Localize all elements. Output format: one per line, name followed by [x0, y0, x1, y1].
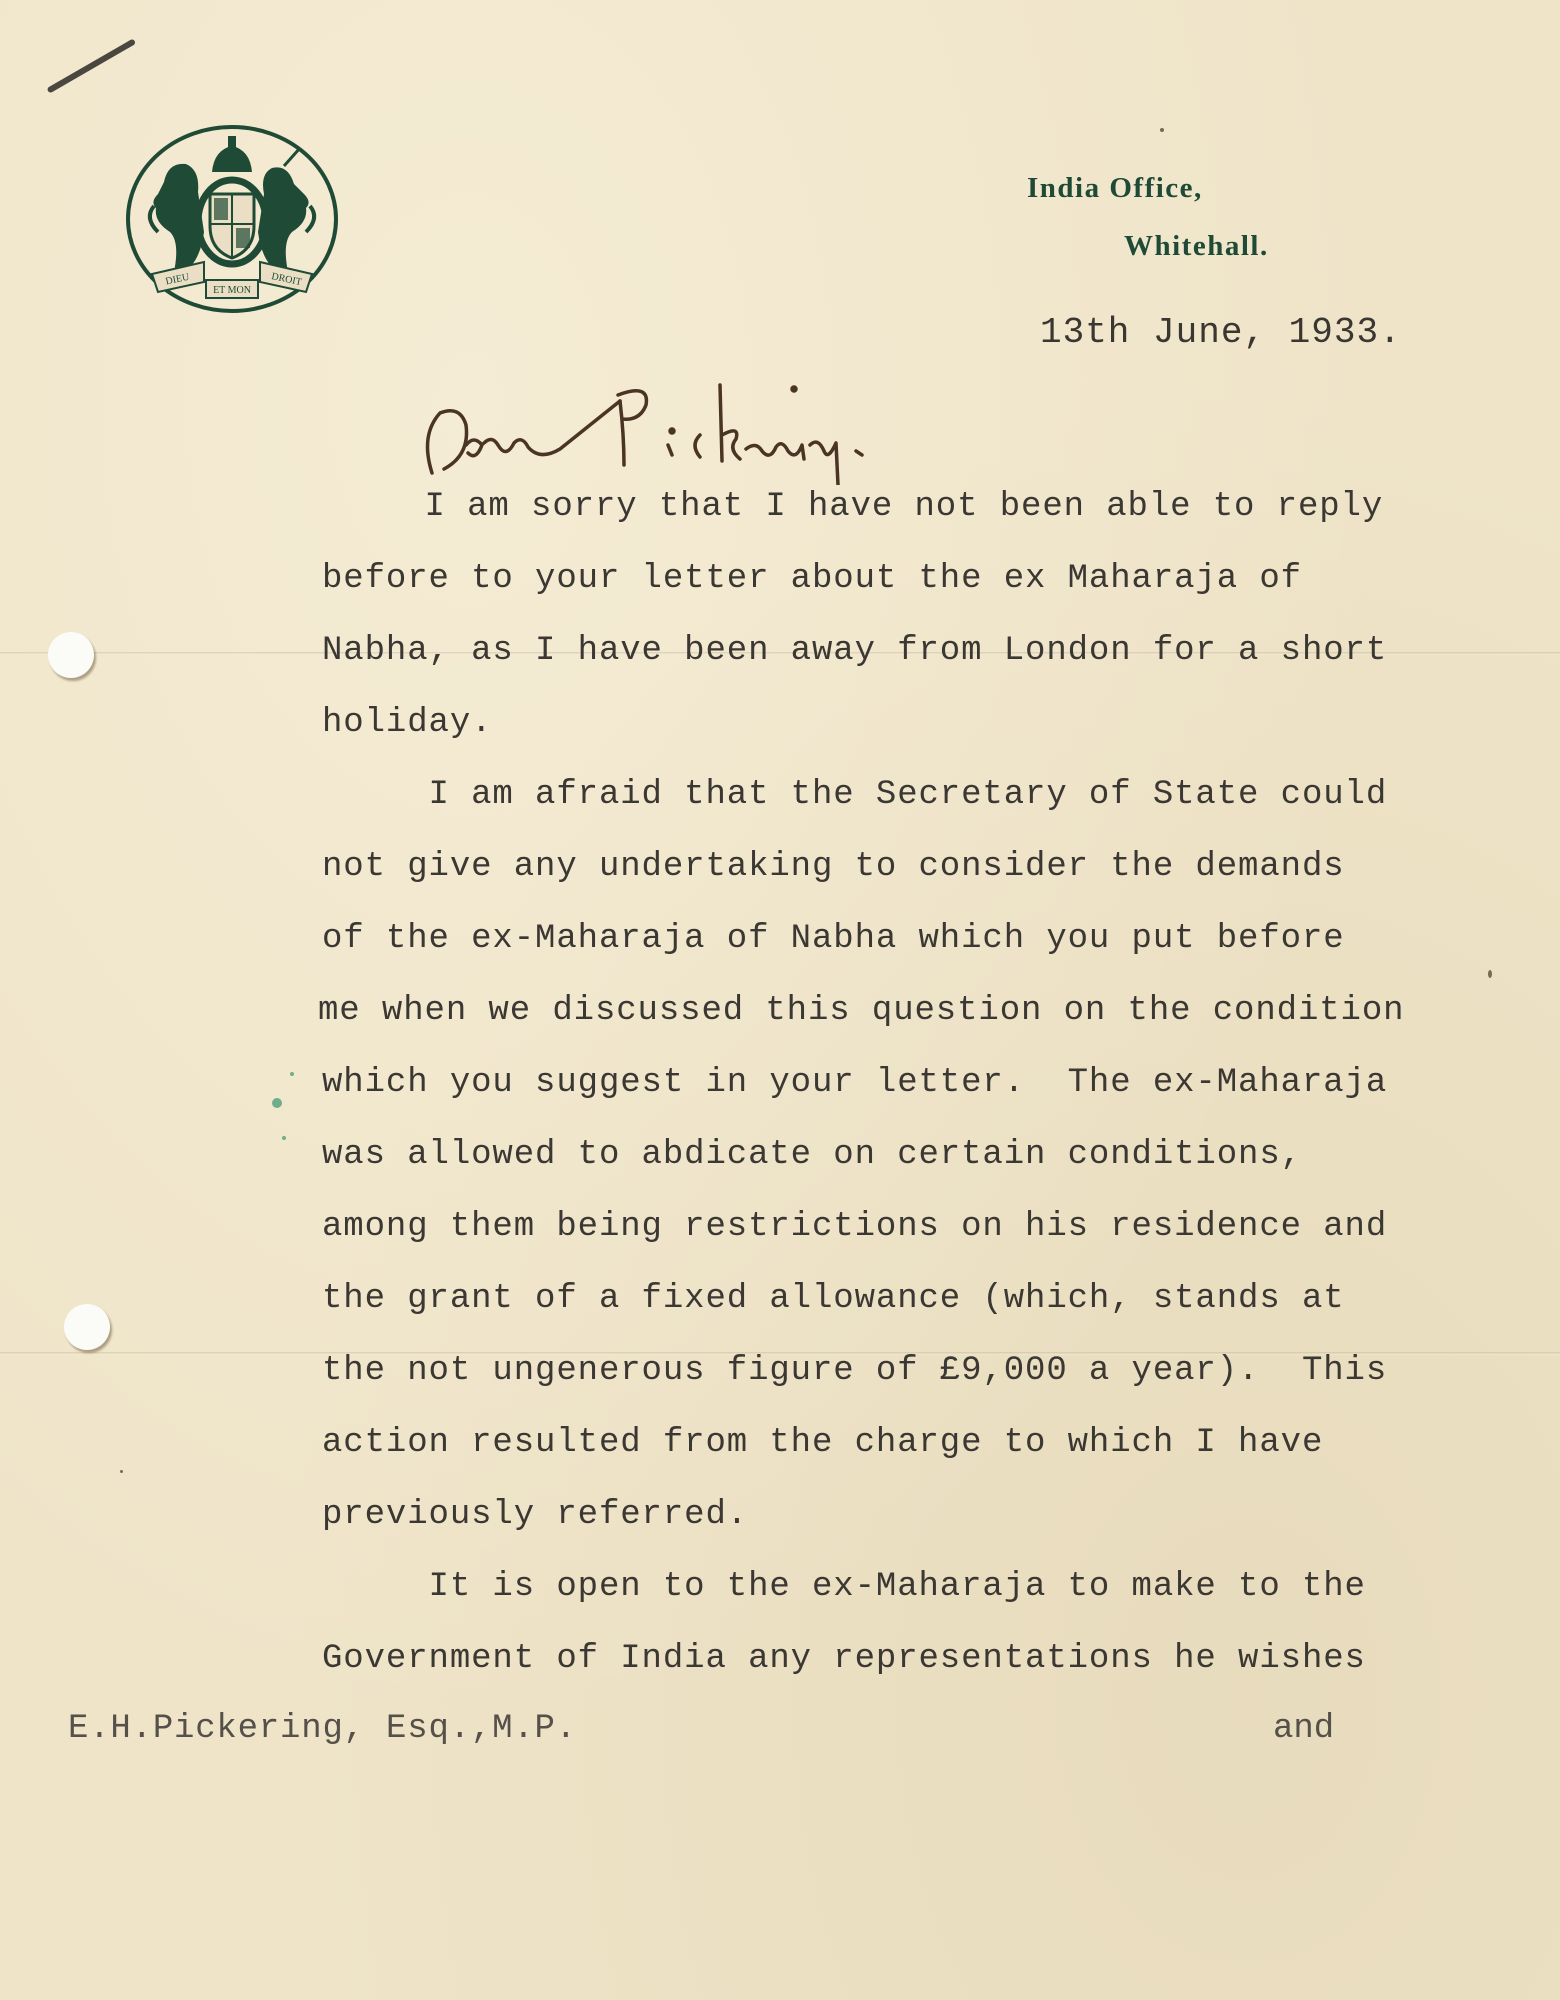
ink-speck: [272, 1098, 282, 1108]
royal-coat-of-arms-icon: DIEU ET MON DROIT: [124, 122, 340, 316]
body-line-9: which you suggest in your letter. The ex…: [322, 1064, 1387, 1102]
body-line-17: Government of India any representations …: [322, 1640, 1366, 1678]
body-line-10: was allowed to abdicate on certain condi…: [322, 1136, 1302, 1174]
body-line-5: I am afraid that the Secretary of State …: [322, 776, 1387, 814]
body-line-8: me when we discussed this question on th…: [318, 992, 1404, 1030]
paper-speck: [1488, 970, 1492, 978]
body-line-15: previously referred.: [322, 1496, 748, 1534]
catchword: and: [1273, 1710, 1334, 1748]
body-line-13: the not ungenerous figure of £9,000 a ye…: [322, 1352, 1387, 1390]
body-line-12: the grant of a fixed allowance (which, s…: [322, 1280, 1345, 1318]
body-line-3: Nabha, as I have been away from London f…: [322, 632, 1387, 670]
punch-hole-upper: [48, 632, 94, 678]
body-line-11: among them being restrictions on his res…: [322, 1208, 1387, 1246]
body-line-6: not give any undertaking to consider the…: [322, 848, 1345, 886]
body-line-2: before to your letter about the ex Mahar…: [322, 560, 1302, 598]
letterhead-office: India Office,: [1027, 172, 1203, 205]
body-line-16: It is open to the ex-Maharaja to make to…: [322, 1568, 1366, 1606]
letter-date: 13th June, 1933.: [1040, 312, 1402, 353]
body-line-7: of the ex-Maharaja of Nabha which you pu…: [322, 920, 1345, 958]
body-line-1: I am sorry that I have not been able to …: [318, 488, 1383, 526]
addressee-line: E.H.Pickering, Esq.,M.P.: [68, 1710, 577, 1748]
letterhead-location: Whitehall.: [1124, 230, 1269, 263]
handwritten-salutation: Dear Pickering.: [410, 365, 880, 485]
ink-speck: [290, 1072, 294, 1076]
paper-speck: [1160, 128, 1164, 132]
ink-speck: [282, 1136, 286, 1140]
punch-hole-lower: [64, 1304, 110, 1350]
body-line-14: action resulted from the charge to which…: [322, 1424, 1323, 1462]
paper-speck: [120, 1470, 123, 1473]
svg-text:ET MON: ET MON: [213, 285, 251, 296]
staple-mark: [47, 38, 137, 93]
body-line-4: holiday.: [322, 704, 492, 742]
